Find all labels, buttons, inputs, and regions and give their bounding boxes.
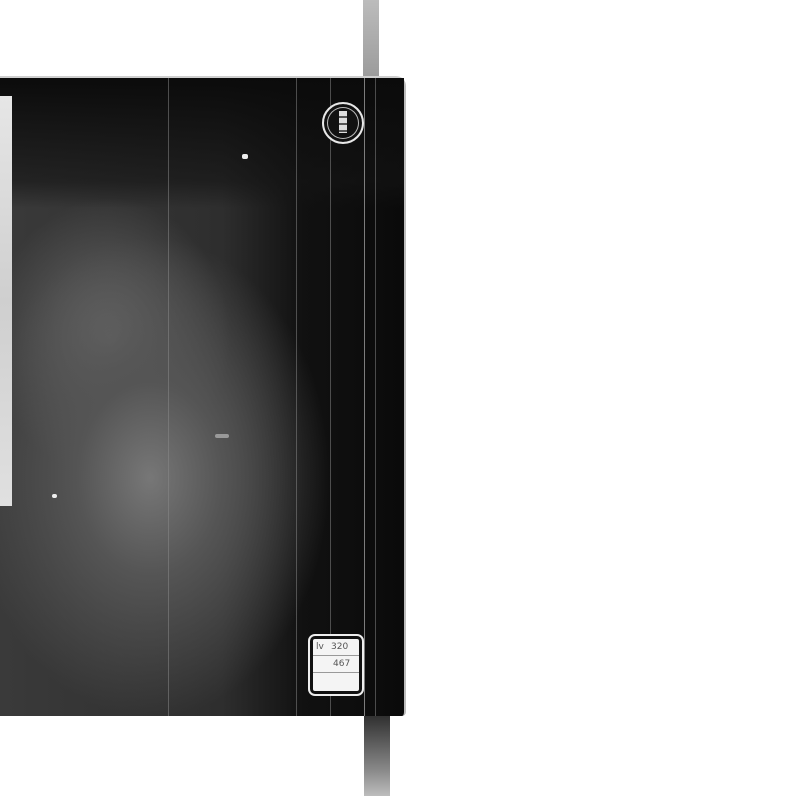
seal-emblem	[339, 111, 347, 133]
label-line-2: 467	[333, 659, 350, 669]
label-line-1: 320	[331, 642, 348, 652]
speck	[52, 494, 57, 498]
crease-line	[168, 78, 169, 716]
label-row-1: lv 320	[313, 639, 359, 656]
bookmark-tab-bottom	[364, 712, 390, 796]
crease-line	[296, 78, 297, 716]
speck	[242, 154, 248, 159]
speck	[215, 434, 229, 438]
crease-line	[330, 78, 331, 716]
cover-left-edge-strip	[0, 96, 12, 506]
book-cover	[0, 76, 406, 716]
label-prefix: lv	[316, 642, 324, 652]
library-seal-icon	[322, 102, 364, 144]
label-row-2: 467	[313, 656, 359, 673]
spine-fold-line	[375, 78, 376, 716]
spine-fold-line	[364, 78, 365, 716]
bookmark-tab-top	[363, 0, 379, 80]
label-row-3	[313, 673, 359, 689]
call-number-label: lv 320 467	[310, 636, 362, 694]
